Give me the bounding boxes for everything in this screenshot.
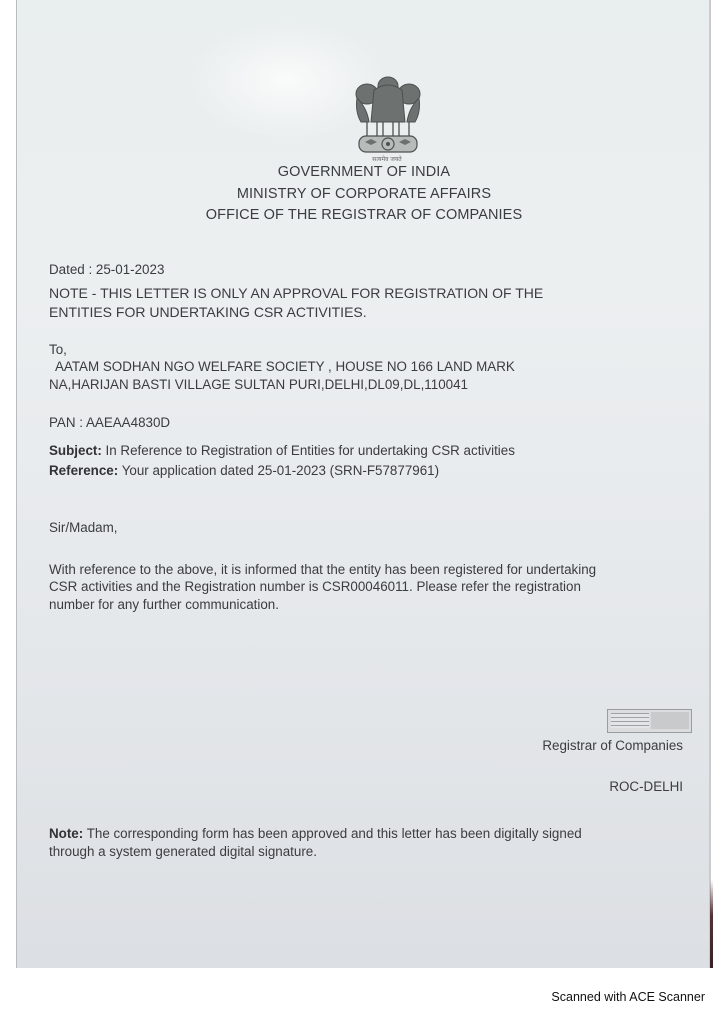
header-ministry: MINISTRY OF CORPORATE AFFAIRS (17, 186, 711, 202)
note-top-line2: ENTITIES FOR UNDERTAKING CSR ACTIVITIES. (49, 304, 367, 320)
body-line3: number for any further communication. (49, 597, 279, 612)
addressee-line2: NA,HARIJAN BASTI VILLAGE SULTAN PURI,DEL… (49, 377, 468, 392)
note-bottom-line1: Note: The corresponding form has been ap… (49, 826, 582, 841)
note-bottom-label: Note: (49, 826, 83, 841)
emblem-motto: सत्यमेव जयते (342, 155, 432, 163)
scanned-letter-page: सत्यमेव जयते GOVERNMENT OF INDIA MINISTR… (16, 0, 711, 968)
subject-text: In Reference to Registration of Entities… (102, 443, 515, 458)
note-bottom-text1: The corresponding form has been approved… (83, 826, 582, 841)
dated-line: Dated : 25-01-2023 (49, 262, 164, 277)
subject-line: Subject: In Reference to Registration of… (49, 443, 515, 458)
addressee-to: To, (49, 342, 67, 357)
addressee-line1: AATAM SODHAN NGO WELFARE SOCIETY , HOUSE… (55, 359, 515, 374)
note-top-line1: NOTE - THIS LETTER IS ONLY AN APPROVAL F… (49, 285, 543, 301)
header-office: OFFICE OF THE REGISTRAR OF COMPANIES (17, 207, 711, 223)
reference-label: Reference: (49, 463, 118, 478)
scanner-watermark: Scanned with ACE Scanner (551, 990, 705, 1004)
national-emblem-icon (347, 72, 429, 160)
reference-line: Reference: Your application dated 25-01-… (49, 463, 439, 478)
pan-number: PAN : AAEAA4830D (49, 415, 170, 430)
signatory-title: Registrar of Companies (542, 738, 683, 753)
note-bottom-line2: through a system generated digital signa… (49, 844, 317, 859)
reference-text: Your application dated 25-01-2023 (SRN-F… (118, 463, 439, 478)
signatory-office: ROC-DELHI (609, 779, 683, 794)
digital-signature-stamp-icon (607, 709, 692, 733)
body-line1: With reference to the above, it is infor… (49, 562, 596, 577)
body-line2: CSR activities and the Registration numb… (49, 579, 581, 594)
salutation: Sir/Madam, (49, 520, 117, 535)
subject-label: Subject: (49, 443, 102, 458)
header-government: GOVERNMENT OF INDIA (17, 164, 711, 180)
